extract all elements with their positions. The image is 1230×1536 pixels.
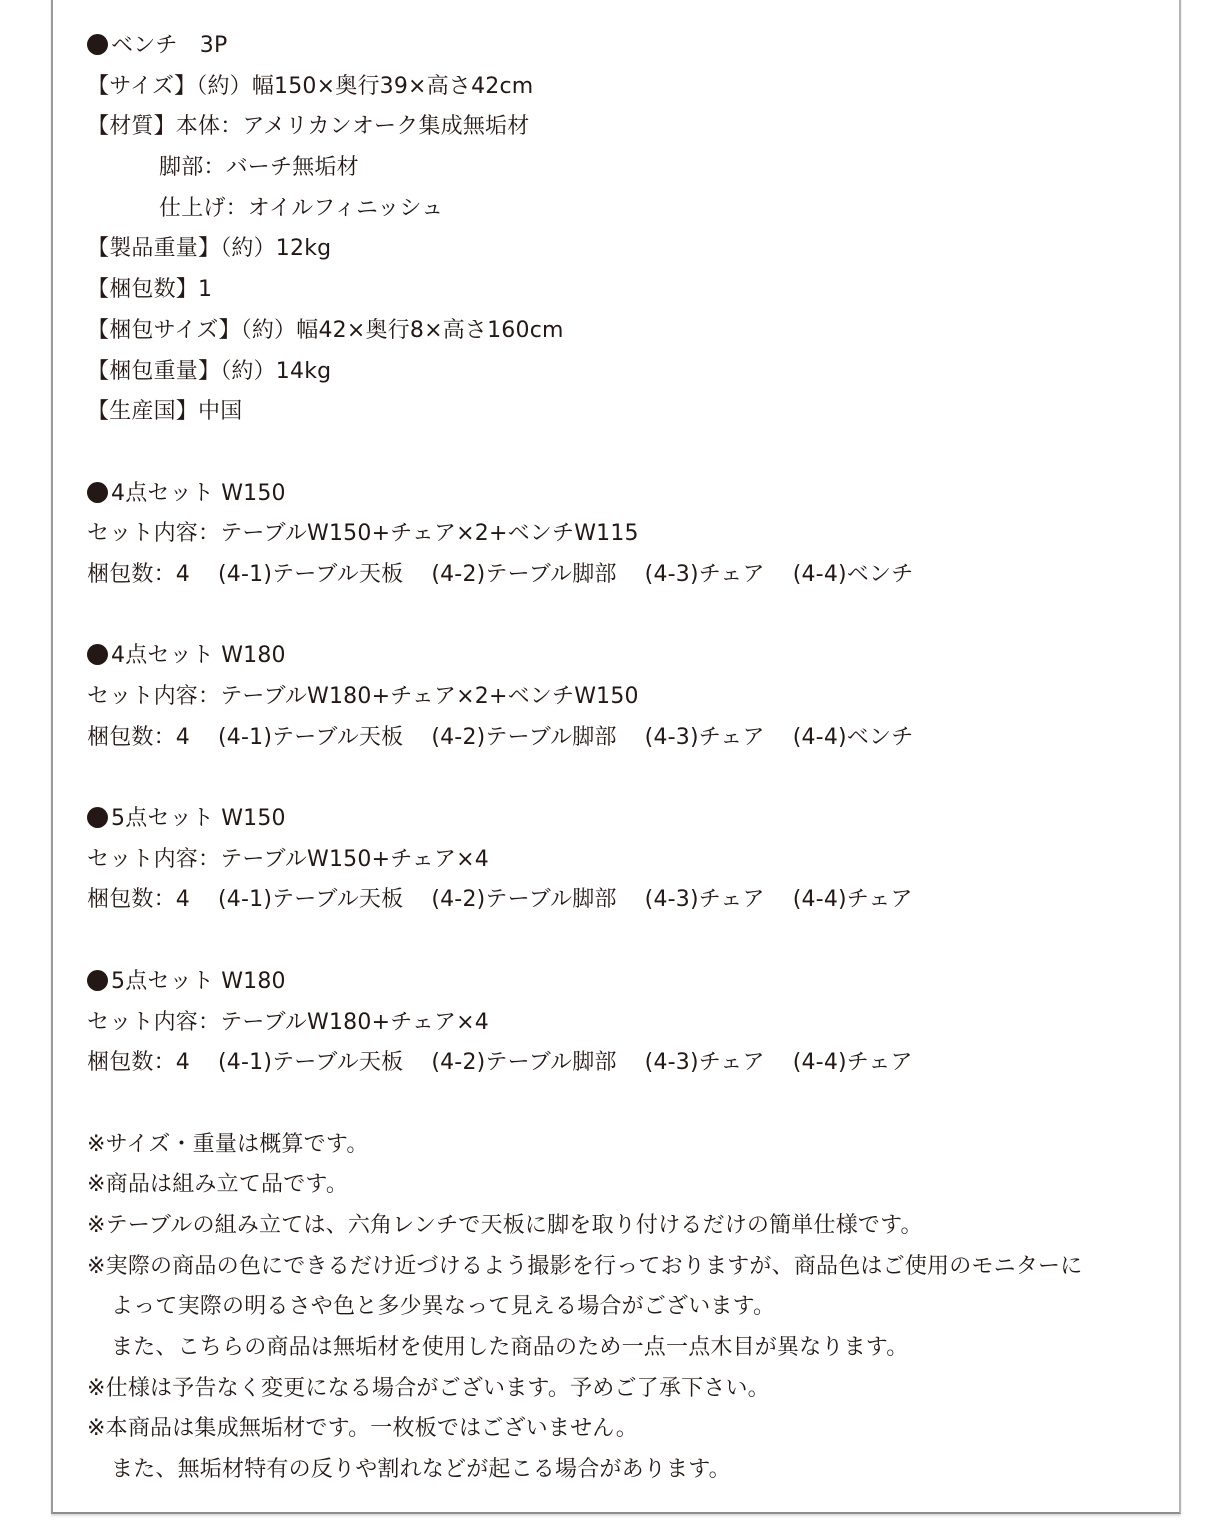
- bench-package-weight: 【梱包重量】（約）14kg: [87, 352, 1167, 393]
- bench-heading: ベンチ 3P: [87, 26, 1167, 67]
- bench-material-legs: 脚部：バーチ無垢材: [87, 148, 1167, 189]
- set-heading: 4点セット W180: [87, 636, 1167, 677]
- note-laminated-wood: ※本商品は集成無垢材です。一枚板ではございません。: [87, 1409, 1167, 1450]
- bench-material-finish: 仕上げ：オイルフィニッシュ: [87, 189, 1167, 230]
- spacer: [87, 596, 1167, 637]
- spacer: [87, 433, 1167, 474]
- spec-content: ベンチ 3P 【サイズ】（約）幅150×奥行39×高さ42cm 【材質】本体：ア…: [87, 26, 1167, 1491]
- bullet-icon: [87, 34, 108, 55]
- set-heading: 5点セット W150: [87, 799, 1167, 840]
- bench-weight: 【製品重量】（約）12kg: [87, 229, 1167, 270]
- bullet-icon: [87, 644, 108, 665]
- bullet-icon: [87, 807, 108, 828]
- bench-material-main: 【材質】本体：アメリカンオーク集成無垢材: [87, 107, 1167, 148]
- bench-size: 【サイズ】（約）幅150×奥行39×高さ42cm: [87, 67, 1167, 108]
- spacer: [87, 758, 1167, 799]
- set-contents: セット内容：テーブルW150+チェア×4: [87, 840, 1167, 881]
- set-packages: 梱包数：4(4-1)テーブル天板(4-2)テーブル脚部(4-3)チェア(4-4)…: [87, 1043, 1167, 1084]
- set-heading: 5点セット W180: [87, 962, 1167, 1003]
- note-assembly: ※商品は組み立て品です。: [87, 1165, 1167, 1206]
- set-packages: 梱包数：4(4-1)テーブル天板(4-2)テーブル脚部(4-3)チェア(4-4)…: [87, 880, 1167, 921]
- bullet-icon: [87, 482, 108, 503]
- bullet-icon: [87, 970, 108, 991]
- set-packages: 梱包数：4(4-1)テーブル天板(4-2)テーブル脚部(4-3)チェア(4-4)…: [87, 718, 1167, 759]
- note-spec-change: ※仕様は予告なく変更になる場合がございます。予めご了承下さい。: [87, 1369, 1167, 1410]
- set-contents: セット内容：テーブルW150+チェア×2+ベンチW115: [87, 514, 1167, 555]
- note-color: ※実際の商品の色にできるだけ近づけるよう撮影を行っておりますが、商品色はご使用の…: [87, 1247, 1167, 1288]
- set-packages: 梱包数：4(4-1)テーブル天板(4-2)テーブル脚部(4-3)チェア(4-4)…: [87, 555, 1167, 596]
- note-warping: また、無垢材特有の反りや割れなどが起こる場合があります。: [87, 1450, 1167, 1491]
- set-contents: セット内容：テーブルW180+チェア×4: [87, 1003, 1167, 1044]
- bench-package-count: 【梱包数】1: [87, 270, 1167, 311]
- set-contents: セット内容：テーブルW180+チェア×2+ベンチW150: [87, 677, 1167, 718]
- bench-origin: 【生産国】中国: [87, 392, 1167, 433]
- note-table-assembly: ※テーブルの組み立ては、六角レンチで天板に脚を取り付けるだけの簡単仕様です。: [87, 1206, 1167, 1247]
- spacer: [87, 1084, 1167, 1125]
- note-wood-grain: また、こちらの商品は無垢材を使用した商品のため一点一点木目が異なります。: [87, 1328, 1167, 1369]
- note-size-weight: ※サイズ・重量は概算です。: [87, 1125, 1167, 1166]
- set-heading: 4点セット W150: [87, 474, 1167, 515]
- bench-package-size: 【梱包サイズ】（約）幅42×奥行8×高さ160cm: [87, 311, 1167, 352]
- note-color-cont: よって実際の明るさや色と多少異なって見える場合がございます。: [87, 1287, 1167, 1328]
- spacer: [87, 921, 1167, 962]
